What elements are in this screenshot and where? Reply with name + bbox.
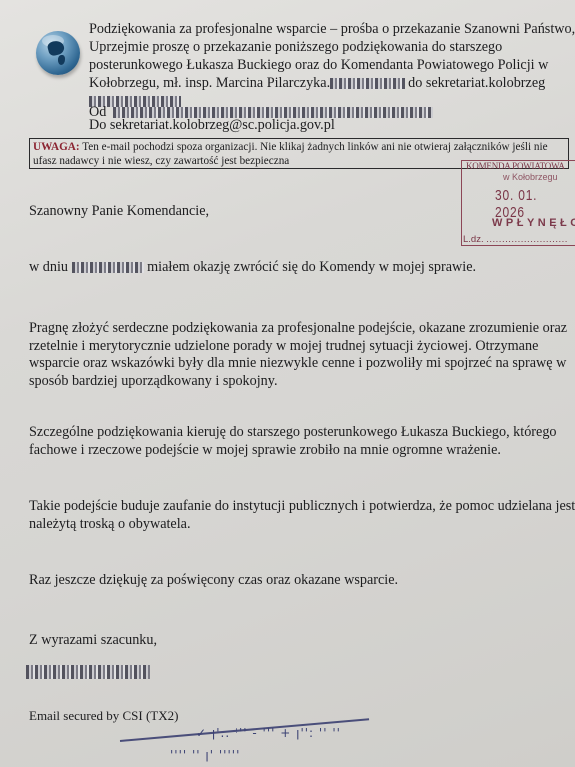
redacted-name [330,78,405,89]
stamp-ldz: L.dz. .......................... [463,234,568,245]
paragraph-4: Takie podejście buduje zaufanie do insty… [29,498,575,533]
stamp-ldz-value: .......................... [486,234,568,245]
received-stamp: KOMENDA POWIATOWA w Kołobrzegu 30. 01. 2… [461,160,575,246]
email-to-line: Do sekretariat.kolobrzeg@sc.policja.gov.… [89,117,335,135]
scanned-letter: Podziękowania za profesjonalne wsparcie … [0,0,575,767]
p1-prefix: w dniu [29,259,68,275]
stamp-ldz-label: L.dz. [463,234,484,245]
redacted-date [72,262,144,273]
redacted-signature-name [26,665,150,679]
email-to-suffix: do sekretariat.kolobrzeg [408,75,545,91]
email-footer: Email secured by CSI (TX2) [29,708,178,724]
p2-line: rzetelnie i merytorycznie udzielone pora… [29,338,567,356]
paragraph-1: w dniu miałem okazję zwrócić się do Kome… [29,259,476,277]
email-body-line-3: Kołobrzegu, mł. insp. Marcina Pilarczyka… [89,75,545,93]
p3-line: Szczególne podziękowania kieruję do star… [29,424,557,442]
handwritten-note-line-2: ꞌꞌꞌꞌ ꞌꞌ ꞁꞌ ꞌꞌꞌꞌꞌ [170,748,240,762]
email-body-line-3-text: Kołobrzegu, mł. insp. Marcina Pilarczyka… [89,75,330,91]
redacted-signature [26,663,150,681]
paragraph-2: Pragnę złożyć serdeczne podziękowania za… [29,320,567,390]
salutation: Szanowny Panie Komendancie, [29,203,209,221]
paragraph-5: Raz jeszcze dziękuję za poświęcony czas … [29,572,398,590]
globe-icon [36,31,80,75]
p2-line: wsparcie oraz wskazówki były dla mnie ni… [29,355,567,373]
email-body-line-2: posterunkowego Łukasza Buckiego oraz do … [89,57,548,75]
p2-line: Pragnę złożyć serdeczne podziękowania za… [29,320,567,338]
warning-label: UWAGA: [33,141,80,153]
p1-suffix: miałem okazję zwrócić się do Komendy w m… [147,259,476,275]
stamp-date: 30. 01. 2026 [495,187,564,221]
p2-line: sposób bardziej uporządkowany i spokojny… [29,373,567,391]
stamp-city: w Kołobrzegu [503,172,558,182]
warning-text-1: Ten e-mail pochodzi spoza organizacji. N… [82,141,547,153]
stamp-received: WPŁYNĘŁO [492,217,575,229]
p3-line: fachowe i rzeczowe podejście w mojej spr… [29,442,557,460]
email-subject-line: Podziękowania za profesjonalne wsparcie … [89,21,575,39]
p4-line: należytą troską o obywatela. [29,516,575,534]
paragraph-3: Szczególne podziękowania kieruję do star… [29,424,557,459]
closing: Z wyrazami szacunku, [29,632,157,650]
handwritten-note-line-1: ✓ ꞁꞌ.. ꜝꞌꞌ - ꞌꞌꞌ + ꞁꞌꞌ: ꞌꞌ ꞌꞌ [196,726,341,740]
p4-line: Takie podejście buduje zaufanie do insty… [29,498,575,516]
stamp-title: KOMENDA POWIATOWA [466,161,565,171]
warning-line-1: UWAGA: Ten e-mail pochodzi spoza organiz… [33,141,565,155]
email-body-line-1: Uprzejmie proszę o przekazanie poniższeg… [89,39,502,57]
